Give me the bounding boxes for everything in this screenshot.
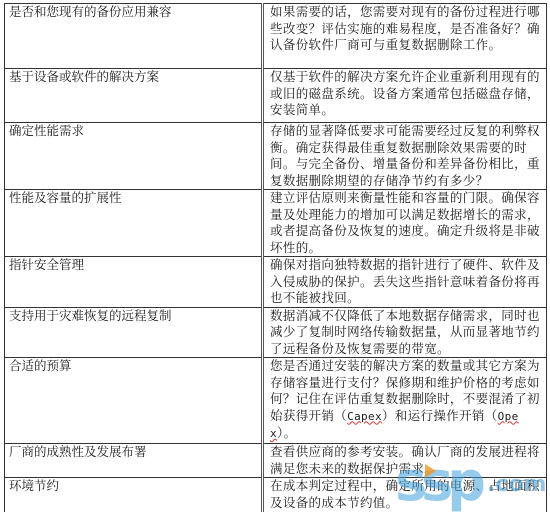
table-row: 环境节约 在成本判定过程中，确定所用的电源、占地面积及设备的成本节约值。 [5,478,547,512]
row-description: 数据消减不仅降低了本地数据存储需求，同时也减少了复制时网络传输数据量，从而显著地… [263,307,547,358]
table-row: 性能及容量的扩展性 建立评估原则来衡量性能和容量的门限。确保容量及处理能力的增加… [5,190,547,257]
budget-text-after: ）。 [277,425,296,440]
table-row: 支持用于灾难恢复的远程复制 数据消减不仅降低了本地数据存储需求，同时也减少了复制… [5,307,547,358]
considerations-table: 是否和您现有的备份应用兼容 如果需要的话，您需要对现有的备份过程进行哪些改变？评… [4,3,547,512]
budget-text-between: ）和运行操作开销（ [382,408,498,423]
row-description: 建立评估原则来衡量性能和容量的门限。确保容量及处理能力的增加可以满足数据增长的需… [263,190,547,257]
row-description: 确保对指向独特数据的指针进行了硬件、软件及入侵威胁的保护。丢失这些指针意味着备份… [263,257,547,308]
row-label: 性能及容量的扩展性 [5,190,263,257]
row-label: 是否和您现有的备份应用兼容 [5,4,263,69]
row-description: 查看供应商的参考安装。确认厂商的发展进程将满足您未来的数据保护需求。 [263,444,547,478]
table-row: 指针安全管理 确保对指向独特数据的指针进行了硬件、软件及入侵威胁的保护。丢失这些… [5,257,547,308]
table-row: 厂商的成熟性及发展布署 查看供应商的参考安装。确认厂商的发展进程将满足您未来的数… [5,444,547,478]
table-row: 是否和您现有的备份应用兼容 如果需要的话，您需要对现有的备份过程进行哪些改变？评… [5,4,547,69]
row-description: 在成本判定过程中，确定所用的电源、占地面积及设备的成本节约值。 [263,478,547,512]
row-label: 基于设备或软件的解决方案 [5,69,263,123]
table-row: 确定性能需求 存储的显著降低要求可能需要经过反复的利弊权衡。确定获得最佳重复数据… [5,123,547,190]
row-description: 您是否通过安装的解决方案的数量或其它方案为存储容量进行支付？保修期和维护价格的考… [263,358,547,444]
row-label: 支持用于灾难恢复的远程复制 [5,307,263,358]
row-description: 仅基于软件的解决方案允许企业重新利用现有的或旧的磁盘系统。设备方案通常包括磁盘存… [263,69,547,123]
row-label: 指针安全管理 [5,257,263,308]
row-label: 环境节约 [5,478,263,512]
row-label: 合适的预算 [5,358,263,444]
row-description: 存储的显著降低要求可能需要经过反复的利弊权衡。确定获得最佳重复数据删除效果需要的… [263,123,547,190]
table-row: 合适的预算 您是否通过安装的解决方案的数量或其它方案为存储容量进行支付？保修期和… [5,358,547,444]
spellcheck-word-capex: Capex [347,410,382,423]
table-row: 基于设备或软件的解决方案 仅基于软件的解决方案允许企业重新利用现有的或旧的磁盘系… [5,69,547,123]
row-description: 如果需要的话，您需要对现有的备份过程进行哪些改变？评估实施的难易程度，是否准备好… [263,4,547,69]
row-label: 厂商的成熟性及发展布署 [5,444,263,478]
row-label: 确定性能需求 [5,123,263,190]
